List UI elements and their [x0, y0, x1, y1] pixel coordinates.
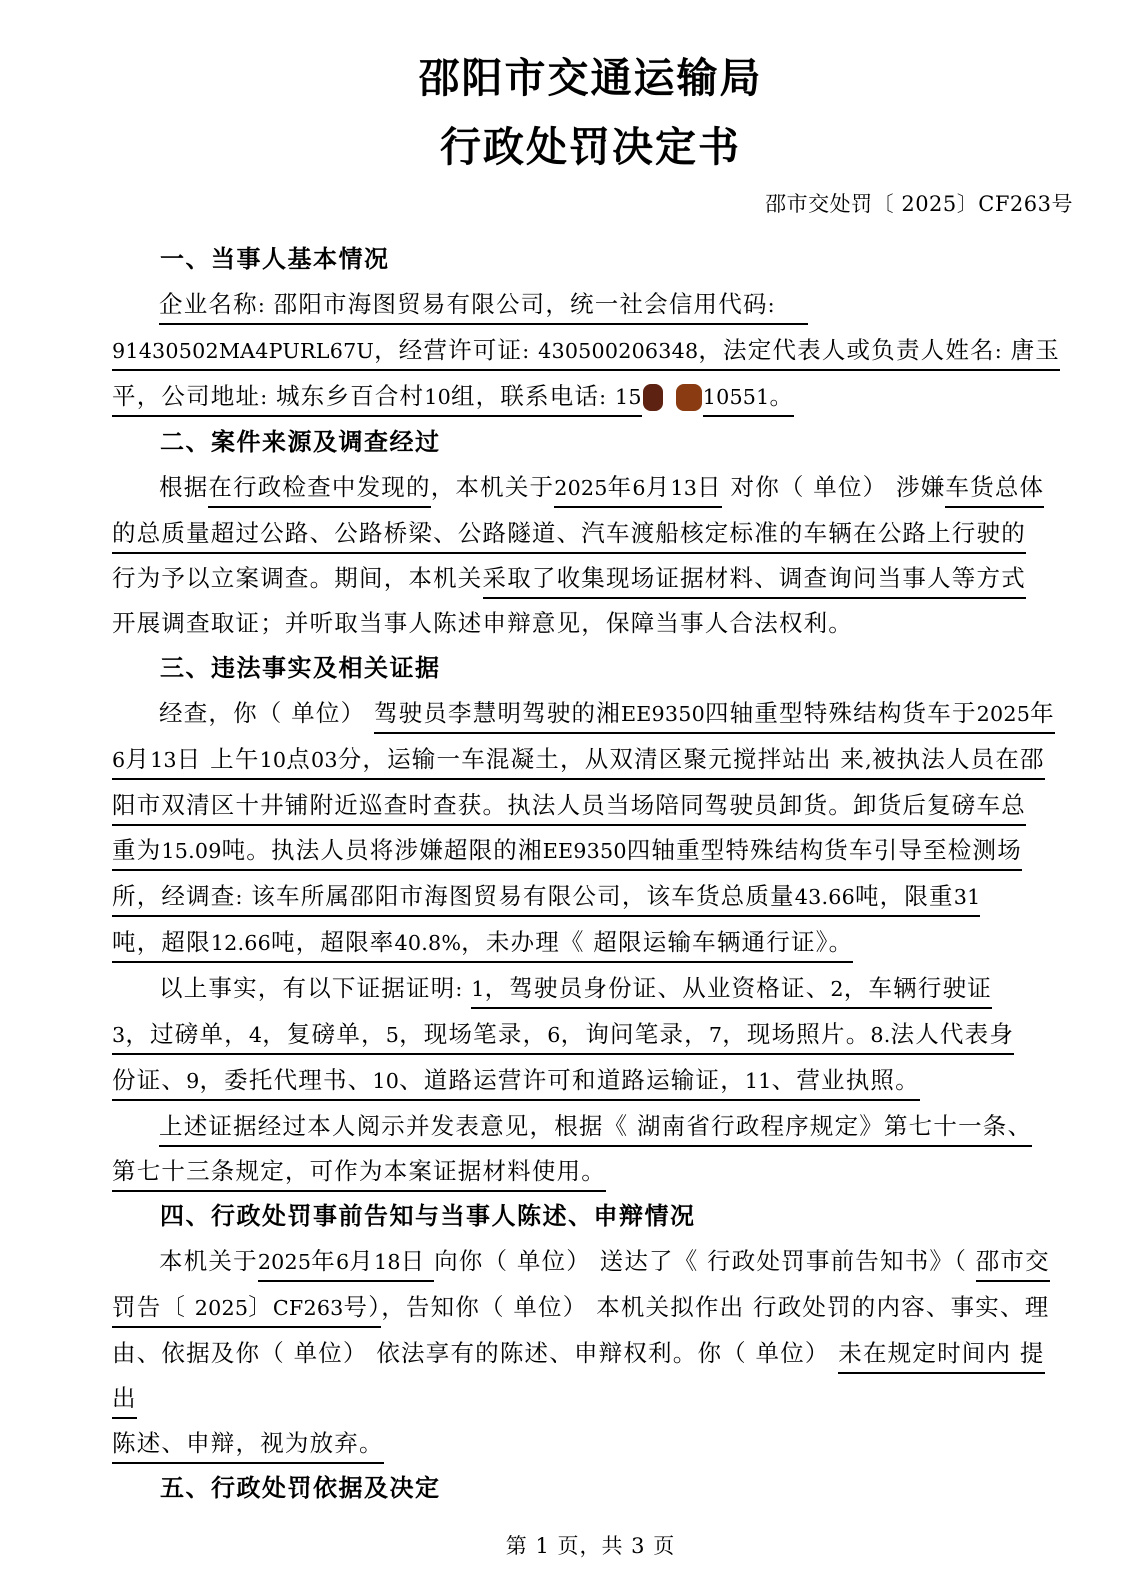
document-number: 邵市交处罚〔 2025〕CF263号 — [112, 182, 1073, 227]
text-segment: 本机关于 — [159, 1247, 258, 1275]
ascii-text: 430500206348 — [538, 339, 698, 363]
section-heading: 五、行政处罚依据及决定 — [112, 1466, 1069, 1511]
ascii-text: 2025 — [258, 1250, 311, 1274]
ascii-text: 43.66 — [795, 885, 855, 909]
ascii-text: 18 — [374, 1250, 401, 1274]
underlined-field: 2025年6月13日 — [554, 473, 722, 508]
text-segment: 经查，你（ 单位） — [159, 699, 374, 727]
underlined-field: 在行政检查中发现的 — [208, 473, 430, 508]
document-title-line-2: 行政处罚决定书 — [112, 113, 1069, 182]
text-segment: 对你（ 单位） 涉嫌 — [722, 473, 946, 501]
ascii-text: 10551 — [703, 385, 770, 409]
paragraph: 经查，你（ 单位） 驾驶员李慧明驾驶的湘EE9350四轴重型特殊结构货车于202… — [112, 691, 1069, 966]
section-heading: 一、当事人基本情况 — [112, 237, 1069, 282]
ascii-text: 5 — [386, 1023, 399, 1047]
ascii-text: 7 — [709, 1023, 722, 1047]
ascii-text: : — [599, 385, 606, 409]
section-heading: 二、案件来源及调查经过 — [112, 420, 1069, 465]
paragraph: 本机关于2025年6月18日 向你（ 单位） 送达了《 行政处罚事前告知书》（ … — [112, 1239, 1069, 1466]
ascii-text: 8. — [870, 1023, 890, 1047]
section-heading: 四、行政处罚事前告知与当事人陈述、申辩情况 — [112, 1194, 1069, 1239]
ascii-text: 12.66 — [211, 931, 271, 955]
underlined-field: 企业名称: 邵阳市海图贸易有限公司，统一社会信用代码: 91430502MA4P… — [112, 290, 1060, 417]
text-segment: 根据 — [159, 473, 208, 501]
ascii-text: : — [236, 885, 243, 909]
paragraph: 以上事实，有以下证据证明: 1，驾驶员身份证、从业资格证、2，车辆行驶证 3，过… — [112, 966, 1069, 1104]
text-segment: 向你（ 单位） 送达了《 行政处罚事前告知书》（ — [434, 1247, 976, 1275]
ascii-text: 91430502MA4PURL67U — [112, 339, 374, 363]
ascii-text: 11 — [745, 1069, 772, 1093]
ascii-text: 2025 — [554, 476, 607, 500]
text-segment: 开展调查取证；并听取当事人陈述申辩意见，保障当事人合法权利。 — [112, 609, 853, 637]
section-heading: 三、违法事实及相关证据 — [112, 646, 1069, 691]
text-segment: ，本机关于 — [431, 473, 555, 501]
ascii-text: 6 — [336, 1250, 349, 1274]
ascii-text: 9 — [186, 1069, 199, 1093]
ascii-text: EE9350 — [543, 839, 627, 863]
ascii-text: 6 — [112, 748, 125, 772]
underlined-field: 2025年6月18日 — [258, 1247, 434, 1282]
underlined-field: 上述证据经过本人阅示并发表意见，根据《 湖南省行政程序规定》第七十一条、 第七十… — [112, 1112, 1032, 1192]
ascii-text: 10 — [424, 385, 451, 409]
text-segment: 以上事实，有以下证据证明: — [159, 974, 471, 1002]
ascii-text: 10 — [260, 748, 287, 772]
ascii-text: 03 — [311, 748, 338, 772]
ascii-text: : — [522, 339, 529, 363]
document-body: 一、当事人基本情况企业名称: 邵阳市海图贸易有限公司，统一社会信用代码: 914… — [112, 237, 1069, 1511]
ascii-text: 1 — [471, 977, 484, 1001]
ascii-text: 6 — [632, 476, 645, 500]
ascii-text: : — [455, 977, 462, 1001]
ascii-text: EE9350 — [621, 702, 705, 726]
ascii-text: 13 — [670, 476, 697, 500]
ascii-text: 2 — [830, 977, 843, 1001]
ascii-text: 15.09 — [161, 839, 221, 863]
paragraph: 企业名称: 邵阳市海图贸易有限公司，统一社会信用代码: 91430502MA4P… — [112, 282, 1069, 420]
ascii-text: : — [768, 293, 775, 317]
ascii-text: 2025 — [195, 1296, 248, 1320]
ascii-text: 4 — [249, 1023, 262, 1047]
underlined-field: 驾驶员李慧明驾驶的湘EE9350四轴重型特殊结构货车于2025年 6月13日 上… — [112, 699, 1055, 963]
redaction-mark — [643, 384, 663, 411]
ascii-text: 40.8% — [395, 931, 462, 955]
text-segment: 行为予以立案调查。期间，本机关 — [112, 564, 483, 592]
underlined-field: 10551。 — [703, 382, 794, 417]
ascii-text: 3 — [112, 1023, 125, 1047]
ascii-text: 6 — [547, 1023, 560, 1047]
ascii-text: 13 — [150, 748, 177, 772]
ascii-text: : — [995, 339, 1002, 363]
paragraph: 上述证据经过本人阅示并发表意见，根据《 湖南省行政程序规定》第七十一条、 第七十… — [112, 1104, 1069, 1194]
ascii-text: , — [865, 748, 872, 772]
ascii-text: 2025 — [977, 702, 1030, 726]
underlined-field: 采取了收集现场证据材料、调查询问当事人等方式 — [483, 564, 1026, 599]
paragraph: 根据在行政检查中发现的，本机关于2025年6月13日 对你（ 单位） 涉嫌车货总… — [112, 465, 1069, 646]
page-number-footer: 第 1 页，共 3 页 — [112, 1524, 1069, 1569]
ascii-text: : — [260, 385, 267, 409]
document-page: 邵阳市交通运输局 行政处罚决定书 邵市交处罚〔 2025〕CF263号 一、当事… — [0, 0, 1121, 1582]
document-title-line-1: 邵阳市交通运输局 — [112, 44, 1069, 113]
ascii-text: : — [258, 293, 265, 317]
ascii-text: CF263 — [273, 1296, 344, 1320]
redaction-mark — [676, 384, 702, 411]
ascii-text: 10 — [372, 1069, 399, 1093]
ascii-text: 31 — [954, 885, 981, 909]
ascii-text: 15 — [615, 385, 642, 409]
